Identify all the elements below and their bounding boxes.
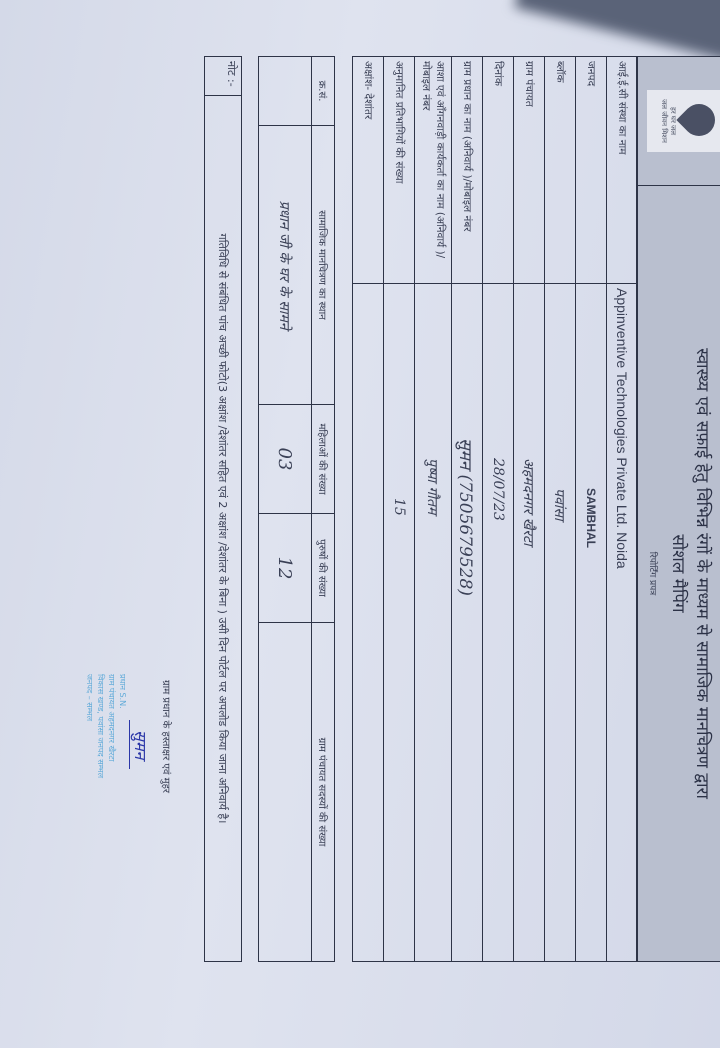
- col-header-men: पुरुषों की संख्या: [312, 514, 335, 623]
- form-photo: हर घर जल जल जीवन मिशन स्वास्थ्य एवं सफ़ा…: [178, 56, 720, 962]
- field-row-district: जनपद SAMBHAL: [576, 57, 607, 962]
- cell-panchayat-members: [259, 623, 312, 962]
- field-row-asha: आशा एवं आँगनवाड़ी कार्यकर्ता का नाम (अनि…: [415, 57, 452, 962]
- field-label: ब्लॉक: [545, 57, 576, 284]
- field-row-pradhan: ग्राम प्रधान का नाम (अनिवार्य )/मोबाइल न…: [452, 57, 483, 962]
- logo-text-2: जल जीवन मिशन: [660, 90, 669, 152]
- col-header-panchayat-members: ग्राम पंचायत सदस्यों की संख्या: [312, 623, 335, 962]
- note-label: नोट :-: [205, 57, 242, 96]
- col-header-serial: क्र.सं.: [312, 57, 335, 126]
- note-table: नोट :- गतिविधि से संबंधित पांच अच्छी फोट…: [204, 56, 242, 962]
- jal-jeevan-logo: हर घर जल जल जीवन मिशन: [648, 90, 720, 152]
- note-text: गतिविधि से संबंधित पांच अच्छी फोटो(3 अक्…: [205, 96, 242, 962]
- water-drop-logo-icon: [677, 97, 720, 142]
- field-label: आई.ई.सी संस्था का नाम: [607, 57, 638, 284]
- field-label: आशा एवं आँगनवाड़ी कार्यकर्ता का नाम (अनि…: [415, 57, 452, 284]
- field-label: दिनांक: [483, 57, 514, 284]
- form-header: हर घर जल जल जीवन मिशन स्वास्थ्य एवं सफ़ा…: [636, 56, 720, 962]
- field-label: अक्षांश- देशांतर: [353, 57, 384, 284]
- cell-serial: [259, 57, 312, 126]
- field-row-block: ब्लॉक पवांसा: [545, 57, 576, 962]
- form-subtitle: रिपोर्टिंग प्रपत्र: [648, 190, 661, 957]
- field-value-asha: पुष्पा गौतम: [415, 284, 452, 962]
- reporting-form: हर घर जल जल जीवन मिशन स्वास्थ्य एवं सफ़ा…: [178, 56, 720, 962]
- cell-women: 03: [259, 405, 312, 514]
- cell-men: 12: [259, 514, 312, 623]
- field-label: ग्राम पंचायत: [514, 57, 545, 284]
- cell-location: प्रधान जी के घर के सामने: [259, 126, 312, 405]
- logo-text-1: हर घर जल: [669, 90, 678, 152]
- form-title: स्वास्थ्य एवं सफ़ाई हेतु विभिन्न रंगों क…: [667, 190, 719, 957]
- field-value-lat-long: [353, 284, 384, 962]
- field-value-gram-panchayat: अहमदनगर खैरटा: [514, 284, 545, 962]
- field-value-district: SAMBHAL: [576, 284, 607, 962]
- field-label: जनपद: [576, 57, 607, 284]
- field-value-iec: Appinventive Technologies Private Ltd. N…: [607, 284, 638, 962]
- signature: सुमन: [129, 720, 152, 769]
- signature-label: ग्राम प्रधान के हस्ताक्षर एवं मुहर: [160, 680, 174, 793]
- field-row-date: दिनांक 28/07/23: [483, 57, 514, 962]
- details-table: आई.ई.सी संस्था का नाम Appinventive Techn…: [352, 56, 638, 962]
- mapping-table: क्र.सं. सामाजिक मानचित्रण का स्थान महिला…: [258, 56, 335, 962]
- signature-block: ग्राम प्रधान के हस्ताक्षर एवं मुहर सुमन …: [64, 680, 174, 920]
- field-value-block: पवांसा: [545, 284, 576, 962]
- field-row-iec: आई.ई.सी संस्था का नाम Appinventive Techn…: [607, 57, 638, 962]
- field-value-participants: 15: [384, 284, 415, 962]
- field-value-date: 28/07/23: [483, 284, 514, 962]
- col-header-location: सामाजिक मानचित्रण का स्थान: [312, 126, 335, 405]
- col-header-women: महिलाओं की संख्या: [312, 405, 335, 514]
- field-label: ग्राम प्रधान का नाम (अनिवार्य )/मोबाइल न…: [452, 57, 483, 284]
- field-value-pradhan: सुमन (7505679528): [452, 284, 483, 962]
- logo-cell: हर घर जल जल जीवन मिशन: [637, 57, 720, 186]
- field-row-participants: अनुमानित प्रतिभागियों की संख्या 15: [384, 57, 415, 962]
- table-row: प्रधान जी के घर के सामने 03 12: [259, 57, 312, 962]
- title-cell: स्वास्थ्य एवं सफ़ाई हेतु विभिन्न रंगों क…: [637, 186, 720, 962]
- mapping-header-row: क्र.सं. सामाजिक मानचित्रण का स्थान महिला…: [312, 57, 335, 962]
- field-label: अनुमानित प्रतिभागियों की संख्या: [384, 57, 415, 284]
- field-row-lat-long: अक्षांश- देशांतर: [353, 57, 384, 962]
- field-row-gram-panchayat: ग्राम पंचायत अहमदनगर खैरटा: [514, 57, 545, 962]
- official-stamp: प्रधान S.N. ग्राम पंचायत अहमदनगर खैरटा व…: [84, 674, 128, 904]
